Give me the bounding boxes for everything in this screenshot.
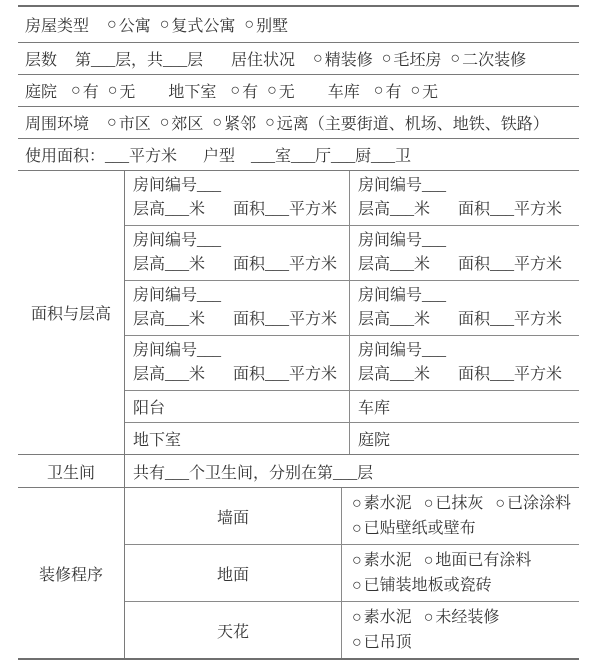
area-height-section-label: 面积与层高 [18,171,125,454]
radio-option-label: 无 [119,79,135,102]
radio-option-label: 有 [83,79,99,102]
radio-option-label: 素水泥 [364,548,412,573]
radio-option-wall-painted[interactable]: ○已涂涂料 [495,491,571,516]
housing-survey-form: 房屋类型 ○公寓 ○复式公寓 ○别墅 层数 第___层，共___层 居住状况 ○… [18,5,579,660]
decoration-section: 装修程序 墙面 ○素水泥 ○已抹灰 ○已涂涂料 ○已贴壁纸或壁布 地面 [18,488,579,658]
radio-option-label: 紧邻 [224,111,256,134]
radio-circle-icon: ○ [382,50,392,68]
radio-circle-icon: ○ [352,491,362,516]
radio-option-label: 地面已有涂料 [435,548,531,573]
radio-option-courtyard-yes[interactable]: ○有 [71,79,99,102]
row-environment: 周围环境 ○市区 ○郊区 ○紧邻 ○远离 （主要街道、机场、地铁、铁路） [18,107,579,139]
row-floors-status: 层数 第___层，共___层 居住状况 ○精装修 ○毛坯房 ○二次装修 [18,43,579,75]
radio-option-garage-no[interactable]: ○无 [410,79,438,102]
radio-option-label: 无 [279,79,295,102]
radio-option-basement-no[interactable]: ○无 [267,79,295,102]
radio-circle-icon: ○ [352,573,362,598]
radio-circle-icon: ○ [424,605,434,630]
radio-option-label: 复式公寓 [171,13,235,36]
radio-option-rough-house[interactable]: ○毛坯房 [382,47,442,70]
bathroom-section: 卫生间 共有___个卫生间，分别在第___层 [18,455,579,488]
wall-surface-options: ○素水泥 ○已抹灰 ○已涂涂料 ○已贴壁纸或壁布 [342,488,579,544]
radio-circle-icon: ○ [495,491,505,516]
radio-option-far-from[interactable]: ○远离 [265,111,309,134]
environment-label: 周围环境 [25,111,89,134]
radio-circle-icon: ○ [352,630,362,655]
garage-label: 车库 [328,79,360,102]
room-number-field: 房间编号___ [133,284,349,308]
radio-option-label: 素水泥 [364,491,412,516]
garage-cell-label: 车库 [358,395,390,418]
radio-option-label: 有 [242,79,258,102]
extra-row: 地下室 庭院 [125,423,579,454]
radio-option-label: 毛坯房 [393,47,441,70]
radio-option-label: 二次装修 [462,47,526,70]
radio-circle-icon: ○ [160,16,170,34]
room-row: 房间编号___ 层高___米面积___平方米 房间编号___ 层高___米面积_… [125,171,579,226]
room-info-cell: 房间编号___ 层高___米面积___平方米 [125,171,350,225]
basement-cell: 地下室 [125,423,350,454]
radio-circle-icon: ○ [265,114,275,132]
area-height-section: 面积与层高 房间编号___ 层高___米面积___平方米 房间编号___ 层高_… [18,171,579,455]
radio-option-duplex-apartment[interactable]: ○复式公寓 [160,13,236,36]
ceiling-label: 天花 [125,602,342,658]
floor-surface-options: ○素水泥 ○地面已有涂料 ○已铺装地板或瓷砖 [342,545,579,601]
radio-option-floor-paved[interactable]: ○已铺装地板或瓷砖 [352,573,492,598]
ceiling-row: 天花 ○素水泥 ○未经装修 ○已吊顶 [125,602,579,658]
radio-option-floor-plain-cement[interactable]: ○素水泥 [352,548,412,573]
radio-option-label: 无 [422,79,438,102]
room-number-field: 房间编号___ [133,229,349,253]
room-number-field: 房间编号___ [358,174,579,198]
room-info-cell: 房间编号___ 层高___米面积___平方米 [350,281,579,335]
room-height-field: 层高___米 [133,256,205,273]
courtyard-cell-label: 庭院 [358,427,390,450]
room-area-field: 面积___平方米 [458,256,562,273]
basement-label: 地下室 [168,79,216,102]
room-info-cell: 房间编号___ 层高___米面积___平方米 [125,336,350,390]
layout-label: 户型 [203,143,235,166]
radio-circle-icon: ○ [212,114,222,132]
courtyard-label: 庭院 [25,79,57,102]
radio-option-label: 未经装修 [435,605,499,630]
room-area-field: 面积___平方米 [233,256,337,273]
room-height-field: 层高___米 [133,366,205,383]
ceiling-options: ○素水泥 ○未经装修 ○已吊顶 [342,602,579,658]
room-area-field: 面积___平方米 [458,366,562,383]
room-number-field: 房间编号___ [133,174,349,198]
radio-option-garage-yes[interactable]: ○有 [374,79,402,102]
room-info-cell: 房间编号___ 层高___米面积___平方米 [350,226,579,280]
courtyard-cell: 庭院 [350,423,579,454]
radio-circle-icon: ○ [108,82,118,100]
radio-option-suburb[interactable]: ○郊区 [160,111,204,134]
floors-blank-fields: 第___层，共___层 [75,47,203,70]
bathroom-section-label: 卫生间 [18,455,125,487]
radio-option-label: 已抹灰 [435,491,483,516]
radio-option-label: 别墅 [256,13,288,36]
floors-label: 层数 [25,47,57,70]
floor-surface-label: 地面 [125,545,342,601]
radio-option-courtyard-no[interactable]: ○无 [108,79,136,102]
radio-option-label: 有 [385,79,401,102]
basement-cell-label: 地下室 [133,427,181,450]
radio-option-label: 已涂涂料 [507,491,571,516]
courtyard-group: 庭院 ○有 ○无 [25,79,144,102]
basement-group: 地下室 ○有 ○无 [168,79,303,102]
radio-option-ceiling-plain-cement[interactable]: ○素水泥 [352,605,412,630]
radio-option-label: 精装修 [325,47,373,70]
room-height-field: 层高___米 [358,256,430,273]
living-status-label: 居住状况 [231,47,295,70]
environment-note: （主要街道、机场、地铁、铁路） [309,111,549,134]
radio-option-ceiling-undecorated[interactable]: ○未经装修 [424,605,500,630]
radio-circle-icon: ○ [267,82,277,100]
room-info-cell: 房间编号___ 层高___米面积___平方米 [350,171,579,225]
radio-option-ceiling-suspended[interactable]: ○已吊顶 [352,630,412,655]
radio-option-label: 已铺装地板或瓷砖 [364,573,492,598]
garage-cell: 车库 [350,391,579,422]
room-number-field: 房间编号___ [358,284,579,308]
radio-option-label: 远离 [277,111,309,134]
radio-circle-icon: ○ [352,548,362,573]
balcony-cell: 阳台 [125,391,350,422]
radio-option-label: 素水泥 [364,605,412,630]
room-number-field: 房间编号___ [358,339,579,363]
radio-option-floor-coated[interactable]: ○地面已有涂料 [424,548,532,573]
radio-circle-icon: ○ [352,605,362,630]
usable-area-label: 使用面积： [25,143,105,166]
radio-option-redecorated[interactable]: ○二次装修 [450,47,526,70]
radio-option-wall-plain-cement[interactable]: ○素水泥 [352,491,412,516]
wall-surface-label: 墙面 [125,488,342,544]
room-area-field: 面积___平方米 [458,311,562,328]
room-area-field: 面积___平方米 [233,366,337,383]
room-height-field: 层高___米 [133,201,205,218]
row-features: 庭院 ○有 ○无 地下室 ○有 ○无 车库 ○有 ○无 [18,75,579,107]
layout-blank-fields: ___室___厅___厨___卫 [251,143,411,166]
radio-option-label: 公寓 [119,13,151,36]
radio-circle-icon: ○ [107,114,117,132]
radio-option-wall-plastered[interactable]: ○已抹灰 [424,491,484,516]
garage-group: 车库 ○有 ○无 [328,79,447,102]
room-row: 房间编号___ 层高___米面积___平方米 房间编号___ 层高___米面积_… [125,336,579,391]
radio-option-villa[interactable]: ○别墅 [244,13,288,36]
radio-option-label: 郊区 [171,111,203,134]
room-height-field: 层高___米 [133,311,205,328]
wall-surface-row: 墙面 ○素水泥 ○已抹灰 ○已涂涂料 ○已贴壁纸或壁布 [125,488,579,545]
room-height-field: 层高___米 [358,311,430,328]
radio-circle-icon: ○ [352,516,362,541]
radio-option-apartment[interactable]: ○公寓 [107,13,151,36]
usable-area-blank-field: ___平方米 [105,143,177,166]
radio-circle-icon: ○ [313,50,323,68]
radio-circle-icon: ○ [410,82,420,100]
radio-circle-icon: ○ [424,548,434,573]
radio-option-label: 已吊顶 [364,630,412,655]
radio-circle-icon: ○ [374,82,384,100]
floor-surface-row: 地面 ○素水泥 ○地面已有涂料 ○已铺装地板或瓷砖 [125,545,579,602]
room-info-cell: 房间编号___ 层高___米面积___平方米 [350,336,579,390]
room-row: 房间编号___ 层高___米面积___平方米 房间编号___ 层高___米面积_… [125,281,579,336]
radio-circle-icon: ○ [244,16,254,34]
radio-circle-icon: ○ [160,114,170,132]
row-usable-area: 使用面积： ___平方米 户型 ___室___厅___厨___卫 [18,139,579,171]
row-house-type: 房屋类型 ○公寓 ○复式公寓 ○别墅 [18,7,579,43]
room-area-field: 面积___平方米 [233,201,337,218]
room-row: 房间编号___ 层高___米面积___平方米 房间编号___ 层高___米面积_… [125,226,579,281]
balcony-label: 阳台 [133,395,165,418]
radio-circle-icon: ○ [424,491,434,516]
radio-option-fine-decorated[interactable]: ○精装修 [313,47,373,70]
room-number-field: 房间编号___ [358,229,579,253]
bathroom-blank-fields: 共有___个卫生间，分别在第___层 [125,455,579,487]
room-height-field: 层高___米 [358,201,430,218]
radio-option-adjacent[interactable]: ○紧邻 [212,111,256,134]
radio-option-basement-yes[interactable]: ○有 [230,79,258,102]
room-area-field: 面积___平方米 [458,201,562,218]
room-area-field: 面积___平方米 [233,311,337,328]
radio-option-downtown[interactable]: ○市区 [107,111,151,134]
radio-circle-icon: ○ [107,16,117,34]
decoration-section-label: 装修程序 [18,488,125,658]
room-number-field: 房间编号___ [133,339,349,363]
room-info-cell: 房间编号___ 层高___米面积___平方米 [125,226,350,280]
room-info-cell: 房间编号___ 层高___米面积___平方米 [125,281,350,335]
room-height-field: 层高___米 [358,366,430,383]
house-type-label: 房屋类型 [25,13,89,36]
radio-circle-icon: ○ [71,82,81,100]
radio-option-label: 市区 [119,111,151,134]
radio-circle-icon: ○ [450,50,460,68]
extra-row: 阳台 车库 [125,391,579,423]
radio-option-label: 已贴壁纸或壁布 [364,516,476,541]
radio-circle-icon: ○ [230,82,240,100]
radio-option-wall-wallpapered[interactable]: ○已贴壁纸或壁布 [352,516,476,541]
